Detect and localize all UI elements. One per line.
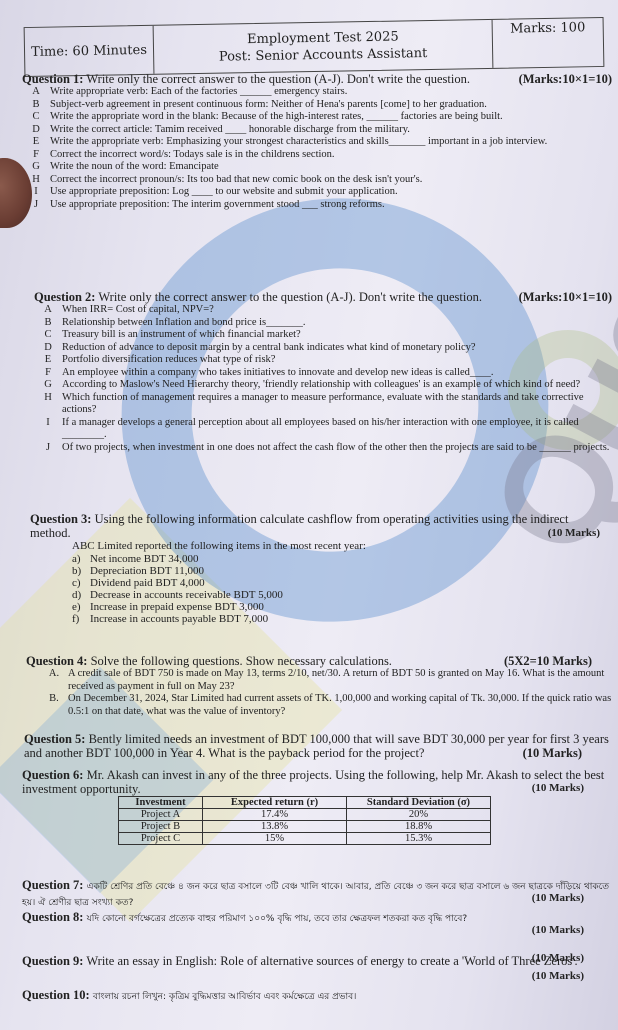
item-text: Correct the incorrect word/s: Todays sal… (50, 149, 612, 162)
question-item: d)Decrease in accounts receivable BDT 5,… (22, 589, 612, 601)
table-cell: Project C (119, 833, 203, 845)
exam-time: Time: 60 Minutes (25, 26, 155, 76)
question-label: Question 5: (24, 732, 85, 746)
item-key: B (22, 99, 50, 112)
item-key: A (22, 86, 50, 99)
question-label: Question 10: (22, 988, 90, 1002)
item-key: J (22, 199, 50, 212)
table-cell: 13.8% (203, 821, 347, 833)
item-key: a) (72, 553, 90, 565)
item-text: Write the appropriate verb: Emphasizing … (50, 136, 612, 149)
question-text: Mr. Akash can invest in any of the three… (22, 768, 604, 796)
item-text: Correct the incorrect pronoun/s: Its too… (50, 174, 612, 187)
item-text: If a manager develops a general percepti… (62, 417, 612, 442)
item-text: Depreciation BDT 11,000 (90, 565, 204, 577)
table-cell: 18.8% (347, 821, 491, 833)
item-text: Use appropriate preposition: Log ____ to… (50, 186, 612, 199)
item-text: Relationship between Inflation and bond … (62, 317, 612, 330)
item-text: According to Maslow's Need Hierarchy the… (62, 379, 612, 392)
item-key: f) (72, 613, 90, 625)
item-text: Increase in prepaid expense BDT 3,000 (90, 601, 264, 613)
question-item: HWhich function of management requires a… (34, 392, 612, 417)
question-label: Question 1: (22, 72, 83, 86)
table-cell: 20% (347, 809, 491, 821)
item-key: I (22, 186, 50, 199)
table-cell: Project B (119, 821, 203, 833)
table-cell: 15% (203, 833, 347, 845)
question-item: BRelationship between Inflation and bond… (34, 317, 612, 330)
question-item: f)Increase in accounts payable BDT 7,000 (22, 613, 612, 625)
item-text: On December 31, 2024, Star Limited had c… (68, 693, 612, 718)
item-text: Write appropriate verb: Each of the fact… (50, 86, 612, 99)
item-key: F (22, 149, 50, 162)
question-2: (Marks:10×1=10)Question 2: Write only th… (22, 290, 612, 454)
question-marks: (5X2=10 Marks) (504, 654, 592, 668)
question-item: IIf a manager develops a general percept… (34, 417, 612, 442)
question-items: a)Net income BDT 34,000b)Depreciation BD… (22, 553, 612, 625)
item-text: Reduction of advance to deposit margin b… (62, 342, 612, 355)
item-text: Use appropriate preposition: The interim… (50, 199, 612, 212)
table-header: Expected return (r) (203, 797, 347, 809)
item-key: c) (72, 577, 90, 589)
item-key: b) (72, 565, 90, 577)
question-9: Question 9: Write an essay in English: R… (22, 954, 612, 968)
question-text: একটি শ্রেণির প্রতি বেঞ্চে ৪ জন করে ছাত্র… (22, 882, 609, 908)
question-marks: (10 Marks) (532, 924, 584, 937)
table-row: Project B13.8%18.8% (119, 821, 491, 833)
question-marks: (10 Marks) (548, 527, 600, 540)
item-key: G (22, 161, 50, 174)
table-cell: 17.4% (203, 809, 347, 821)
item-key: E (22, 136, 50, 149)
question-items: AWhen IRR= Cost of capital, NPV=?BRelati… (22, 304, 612, 454)
question-item: DWrite the correct article: Tamim receiv… (22, 124, 612, 137)
item-key: F (34, 367, 62, 380)
item-key: C (34, 329, 62, 342)
question-label: Question 2: (34, 290, 95, 304)
question-label: Question 9: (22, 954, 83, 968)
question-1: (Marks:10×1=10)Question 1: Write only th… (22, 72, 612, 211)
question-text: Write only the correct answer to the que… (86, 72, 470, 86)
question-marks: (10 Marks) (532, 952, 584, 965)
question-8: Question 8: যদি কোনো বর্গক্ষেত্রের প্রত্… (22, 910, 612, 926)
question-text: Using the following information calculat… (30, 512, 568, 540)
item-text: Write the appropriate word in the blank:… (50, 111, 612, 124)
question-marks: (10 Marks) (532, 892, 584, 905)
question-text: Bently limited needs an investment of BD… (24, 732, 609, 760)
item-key: A (34, 304, 62, 317)
item-key: B. (40, 693, 68, 718)
question-3: Question 3: Using the following informat… (22, 512, 612, 625)
item-key: I (34, 417, 62, 442)
table-header: Standard Deviation (σ) (347, 797, 491, 809)
question-item: AWhen IRR= Cost of capital, NPV=? (34, 304, 612, 317)
item-key: E (34, 354, 62, 367)
question-4: (5X2=10 Marks)Question 4: Solve the foll… (22, 654, 612, 718)
item-text: Subject-verb agreement in present contin… (50, 99, 612, 112)
question-item: HCorrect the incorrect pronoun/s: Its to… (22, 174, 612, 187)
question-marks: (10 Marks) (532, 782, 584, 795)
question-item: IUse appropriate preposition: Log ____ t… (22, 186, 612, 199)
question-item: B.On December 31, 2024, Star Limited had… (40, 693, 612, 718)
question-label: Question 7: (22, 878, 83, 892)
question-10: Question 10: বাংলায় রচনা লিখুন: কৃত্রিম… (22, 988, 612, 1004)
item-text: Of two projects, when investment in one … (62, 442, 612, 455)
item-text: Which function of management requires a … (62, 392, 612, 417)
item-text: When IRR= Cost of capital, NPV=? (62, 304, 612, 317)
item-text: Net income BDT 34,000 (90, 553, 199, 565)
question-item: FCorrect the incorrect word/s: Todays sa… (22, 149, 612, 162)
table-row: Project A17.4%20% (119, 809, 491, 821)
item-text: Dividend paid BDT 4,000 (90, 577, 205, 589)
question-item: DReduction of advance to deposit margin … (34, 342, 612, 355)
item-key: C (22, 111, 50, 124)
question-text: Write an essay in English: Role of alter… (86, 954, 577, 968)
table-cell: Project A (119, 809, 203, 821)
question-item: FAn employee within a company who takes … (34, 367, 612, 380)
table-cell: 15.3% (347, 833, 491, 845)
question-item: a)Net income BDT 34,000 (22, 553, 612, 565)
item-key: A. (40, 668, 68, 693)
item-key: B (34, 317, 62, 330)
question-text: বাংলায় রচনা লিখুন: কৃত্রিম বুদ্ধিমত্তার… (93, 992, 357, 1002)
question-label: Question 4: (26, 654, 87, 668)
exam-paper: Questi Time: 60 Minutes Employment Test … (0, 0, 618, 1030)
question-label: Question 3: (30, 512, 91, 526)
item-key: e) (72, 601, 90, 613)
table-header: Investment (119, 797, 203, 809)
question-item: CWrite the appropriate word in the blank… (22, 111, 612, 124)
item-text: Write the noun of the word: Emancipate (50, 161, 612, 174)
question-5: Question 5: Bently limited needs an inve… (22, 732, 612, 760)
question-item: A.A credit sale of BDT 750 is made on Ma… (40, 668, 612, 693)
item-key: G (34, 379, 62, 392)
exam-header: Time: 60 Minutes Employment Test 2025 Po… (24, 17, 605, 77)
question-intro: ABC Limited reported the following items… (22, 540, 612, 553)
item-key: D (22, 124, 50, 137)
item-text: Treasury bill is an instrument of which … (62, 329, 612, 342)
question-marks: (Marks:10×1=10) (519, 72, 612, 86)
question-marks: (10 Marks) (523, 746, 582, 760)
question-item: b)Depreciation BDT 11,000 (22, 565, 612, 577)
item-text: Portfolio diversification reduces what t… (62, 354, 612, 367)
investment-table: InvestmentExpected return (r)Standard De… (118, 796, 491, 845)
item-key: J (34, 442, 62, 455)
item-text: Increase in accounts payable BDT 7,000 (90, 613, 268, 625)
question-marks: (10 Marks) (532, 970, 584, 983)
question-text: Write only the correct answer to the que… (98, 290, 482, 304)
item-key: H (22, 174, 50, 187)
question-item: GAccording to Maslow's Need Hierarchy th… (34, 379, 612, 392)
question-item: BSubject-verb agreement in present conti… (22, 99, 612, 112)
question-item: CTreasury bill is an instrument of which… (34, 329, 612, 342)
exam-post: Post: Senior Accounts Assistant (219, 45, 428, 66)
exam-total-marks: Marks: 100 (493, 18, 604, 68)
question-item: EPortfolio diversification reduces what … (34, 354, 612, 367)
question-item: EWrite the appropriate verb: Emphasizing… (22, 136, 612, 149)
question-text: যদি কোনো বর্গক্ষেত্রের প্রত্যেক বাহুর পর… (87, 914, 468, 924)
exam-title-block: Employment Test 2025 Post: Senior Accoun… (154, 20, 494, 74)
item-text: An employee within a company who takes i… (62, 367, 612, 380)
question-item: c)Dividend paid BDT 4,000 (22, 577, 612, 589)
question-item: GWrite the noun of the word: Emancipate (22, 161, 612, 174)
question-label: Question 8: (22, 910, 83, 924)
question-marks: (Marks:10×1=10) (519, 290, 612, 304)
question-6: Question 6: Mr. Akash can invest in any … (22, 768, 612, 796)
question-7: Question 7: একটি শ্রেণির প্রতি বেঞ্চে ৪ … (22, 878, 612, 910)
question-items: A.A credit sale of BDT 750 is made on Ma… (22, 668, 612, 718)
question-item: AWrite appropriate verb: Each of the fac… (22, 86, 612, 99)
question-item: JOf two projects, when investment in one… (34, 442, 612, 455)
question-items: AWrite appropriate verb: Each of the fac… (22, 86, 612, 211)
item-text: A credit sale of BDT 750 is made on May … (68, 668, 612, 693)
question-text: Solve the following questions. Show nece… (91, 654, 392, 668)
table-row: Project C15%15.3% (119, 833, 491, 845)
question-item: JUse appropriate preposition: The interi… (22, 199, 612, 212)
item-key: H (34, 392, 62, 417)
item-text: Decrease in accounts receivable BDT 5,00… (90, 589, 283, 601)
item-key: D (34, 342, 62, 355)
item-text: Write the correct article: Tamim receive… (50, 124, 612, 137)
question-label: Question 6: (22, 768, 83, 782)
item-key: d) (72, 589, 90, 601)
question-item: e)Increase in prepaid expense BDT 3,000 (22, 601, 612, 613)
